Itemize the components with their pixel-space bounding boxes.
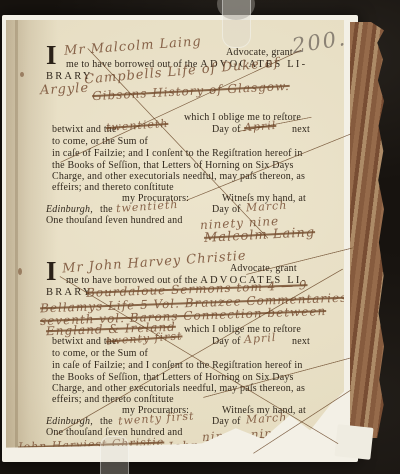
book-title-continued: Argyle [40, 81, 90, 99]
plastic-strip-top [222, 0, 251, 48]
book-board-marbled-edge [350, 22, 384, 438]
signed-month: March [246, 199, 288, 215]
printed-failzie-3: Charge, and other executorials needful, … [52, 171, 305, 182]
printed-dropcap-I: I [46, 258, 57, 285]
printed-failzie-1: in caſe of Failzie; and I conſent to the… [52, 148, 303, 159]
printed-the: the [100, 204, 113, 215]
printed-day-of: Day of [212, 416, 241, 427]
printed-failzie-4: effeirs; and thereto conſtitute [52, 394, 174, 405]
printed-failzie-3: Charge, and other executorials needful, … [52, 383, 305, 394]
printed-to-come: to come, or the Sum of [52, 136, 148, 147]
ink-spot [18, 268, 22, 275]
printed-edinburgh: Edinburgh, [46, 204, 93, 215]
printed-next: next [292, 336, 310, 347]
printed-next: next [292, 124, 310, 135]
borrower-name: Mr Malcolm Laing [64, 34, 203, 59]
printed-to-come: to come, or the Sum of [52, 348, 148, 359]
printed-day-of: Day of [212, 124, 241, 135]
printed-failzie-4: effeirs; and thereto conſtitute [52, 182, 174, 193]
photographed-register-page: 200. I Mr Malcolm Laing Advocate, grant … [0, 0, 400, 474]
printed-dropcap-I: I [46, 42, 57, 69]
register-page: 200. I Mr Malcolm Laing Advocate, grant … [6, 20, 344, 452]
page-number: 200. [290, 26, 348, 58]
printed-one-thousand: One thouſand ſeven hundred and [46, 215, 183, 226]
printed-failzie-1: in caſe of Failzie; and I conſent to the… [52, 360, 303, 371]
gutter-crease [15, 20, 18, 452]
ink-spot [20, 72, 24, 77]
printed-the: the [100, 416, 113, 427]
underlying-page-corner [334, 424, 373, 460]
printed-failzie-2: the Books of Seſſion, that Letters of Ho… [52, 160, 294, 171]
borrower-name: Mr John Harvey Christie [62, 249, 247, 277]
restore-month: April [244, 331, 277, 346]
plastic-strip-bottom [100, 436, 129, 474]
